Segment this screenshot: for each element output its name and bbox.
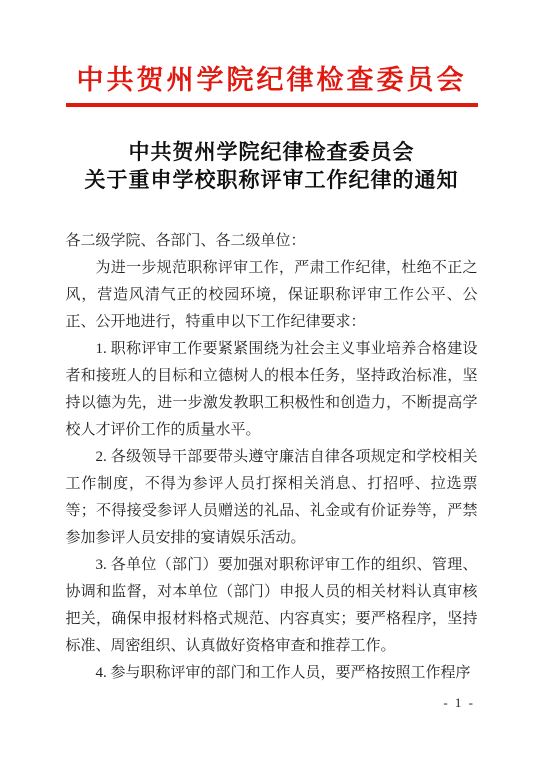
numbered-paragraph-1: 1. 职称评审工作要紧紧围绕为社会主义事业培养合格建设者和接班人的目标和立德树人… xyxy=(66,336,478,444)
salutation-line: 各二级学院、各部门、各二级单位： xyxy=(66,228,478,255)
numbered-paragraph-3: 3. 各单位（部门）要加强对职称评审工作的组织、管理、协调和监督，对本单位（部门… xyxy=(66,552,478,660)
letterhead: 中共贺州学院纪律检查委员会 xyxy=(0,0,543,107)
intro-paragraph: 为进一步规范职称评审工作，严肃工作纪律，杜绝不正之风，营造风清气正的校园环境，保… xyxy=(66,255,478,336)
document-page: 中共贺州学院纪律检查委员会 中共贺州学院纪律检查委员会 关于重申学校职称评审工作… xyxy=(0,0,543,768)
document-title-line2: 关于重申学校职称评审工作纪律的通知 xyxy=(85,168,459,192)
letterhead-divider-line xyxy=(66,103,478,107)
document-title: 中共贺州学院纪律检查委员会 关于重申学校职称评审工作纪律的通知 xyxy=(0,138,543,194)
numbered-paragraph-4-truncated: 4. 参与职称评审的部门和工作人员，要严格按照工作程序 xyxy=(66,660,478,687)
document-body: 各二级学院、各部门、各二级单位： 为进一步规范职称评审工作，严肃工作纪律，杜绝不… xyxy=(66,228,478,687)
document-title-line1: 中共贺州学院纪律检查委员会 xyxy=(129,140,415,164)
page-number: - 1 - xyxy=(443,695,475,711)
numbered-paragraph-2: 2. 各级领导干部要带头遵守廉洁自律各项规定和学校相关工作制度，不得为参评人员打… xyxy=(66,444,478,552)
letterhead-org-name: 中共贺州学院纪律检查委员会 xyxy=(77,64,467,96)
